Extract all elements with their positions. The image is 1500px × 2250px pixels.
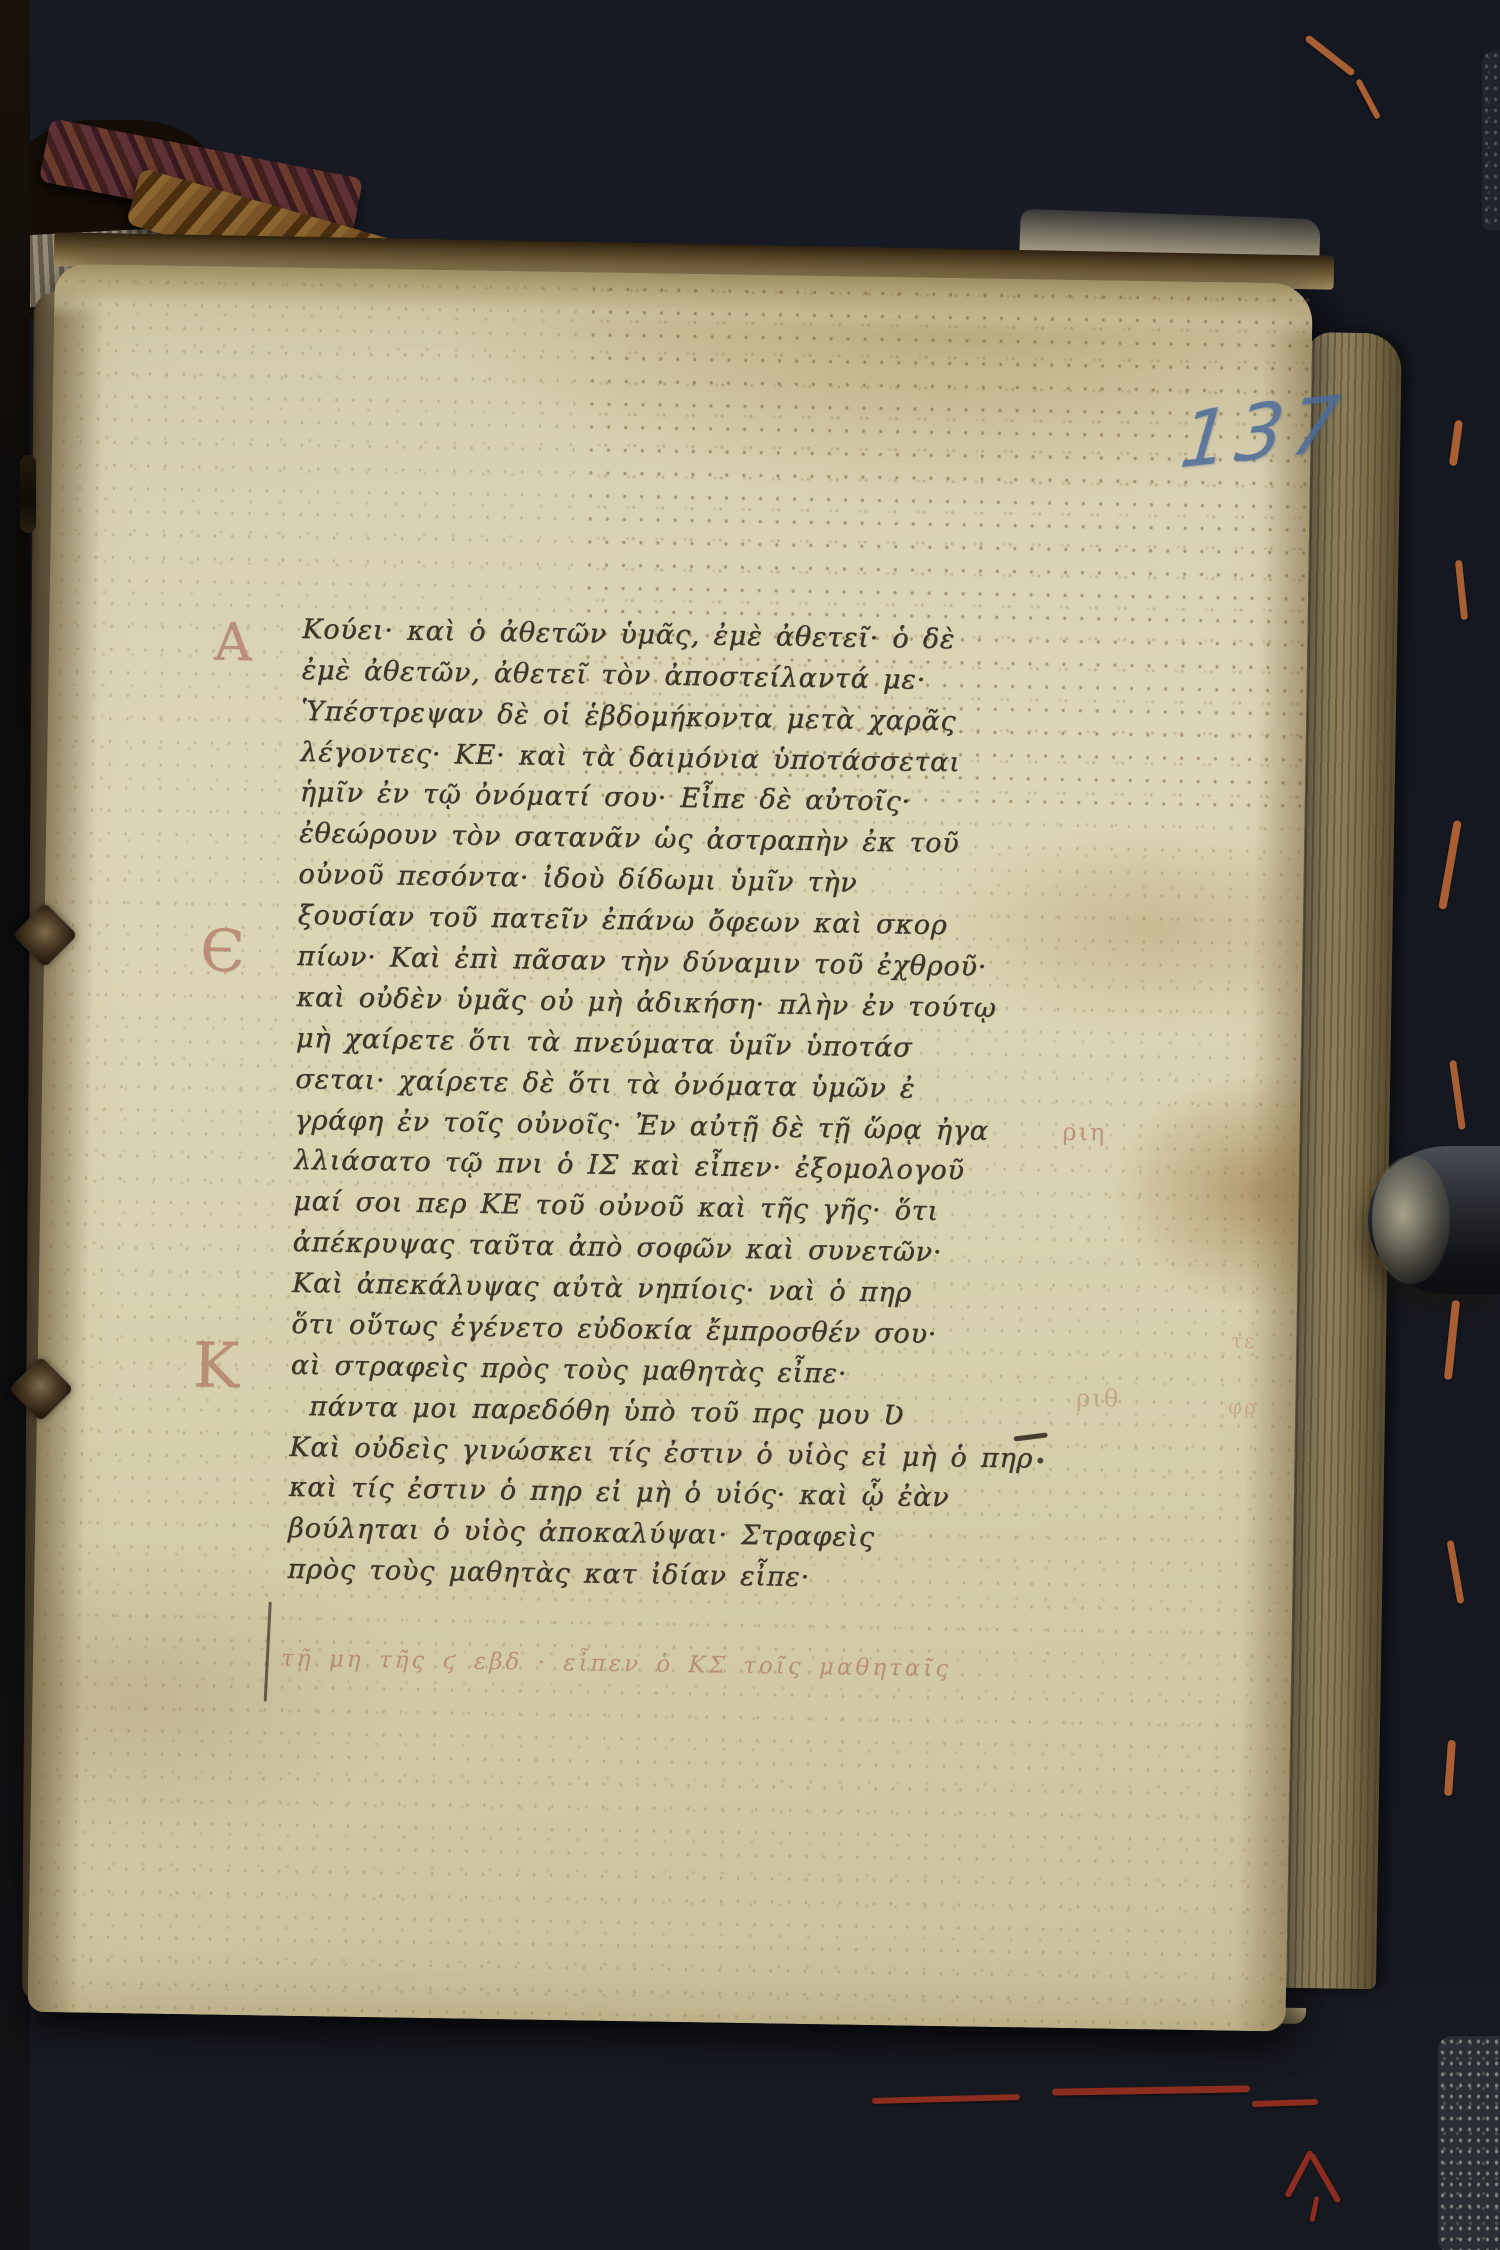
frayed-cloth-patch: [1438, 2036, 1500, 2250]
margin-section-number: ριη: [1062, 1118, 1106, 1147]
sewing-slit: [20, 455, 36, 533]
rubric-initial-epsilon: Є: [200, 916, 245, 985]
lection-rubric: τῇ μη τῆς ϛ εβδ · εἶπεν ὁ ΚΣ τοῖς μαθητα…: [281, 1646, 952, 1683]
rod-glass-tip: [1372, 1156, 1450, 1284]
margin-mark: τε: [1231, 1329, 1257, 1353]
manuscript-text-line: πρὸς τοὺς μαθητὰς κατ ἰδίαν εἶπε·: [287, 1550, 810, 1598]
rubric-initial-alpha: Α: [214, 613, 253, 674]
folio-number: 137: [1176, 377, 1350, 485]
rubric-initial-kappa: Κ: [192, 1328, 239, 1402]
margin-mark: φρ: [1228, 1395, 1258, 1419]
page-weight-rod: [1368, 1146, 1500, 1294]
frayed-cloth-patch: [1482, 50, 1500, 230]
descender-flourish: [264, 1602, 272, 1702]
parchment-page: 137 Α Є Κ Κούει· καὶ ὁ ἀθετῶν ὑμᾶς, ἐμὲ …: [28, 264, 1313, 2032]
ink-dot: [1037, 1458, 1043, 1464]
margin-section-number: ριθ: [1076, 1384, 1120, 1413]
manuscript-photo: 137 Α Є Κ Κούει· καὶ ὁ ἀθετῶν ὑμᾶς, ἐμὲ …: [0, 0, 1500, 2250]
